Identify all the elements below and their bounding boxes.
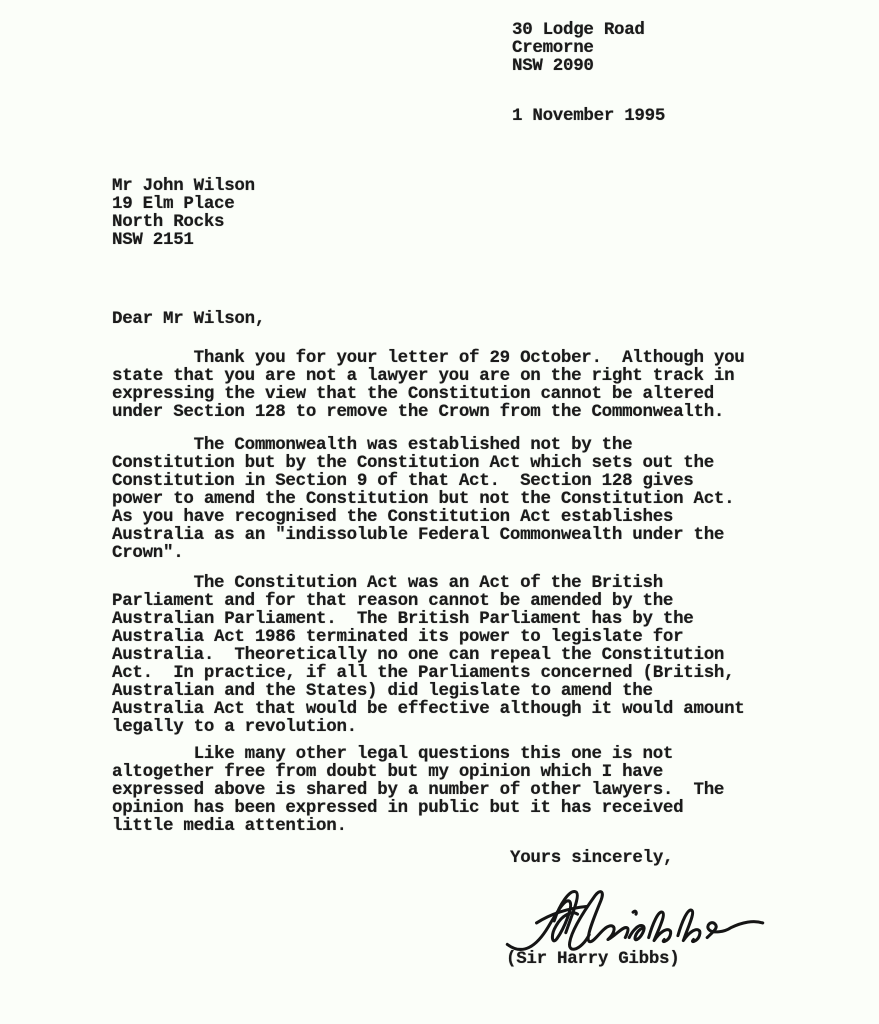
paragraph-1: Thank you for your letter of 29 October.… bbox=[112, 349, 745, 421]
paragraph-3: The Constitution Act was an Act of the B… bbox=[112, 574, 745, 736]
closing-valediction: Yours sincerely, bbox=[510, 849, 673, 867]
scanned-letter-page: 30 Lodge Road Cremorne NSW 2090 1 Novemb… bbox=[0, 0, 879, 1024]
signature-name: (Sir Harry Gibbs) bbox=[506, 950, 679, 968]
recipient-address: Mr John Wilson 19 Elm Place North Rocks … bbox=[112, 177, 255, 249]
paragraph-2: The Commonwealth was established not by … bbox=[112, 436, 734, 562]
sender-address: 30 Lodge Road Cremorne NSW 2090 bbox=[512, 21, 645, 75]
letter-date: 1 November 1995 bbox=[512, 107, 665, 125]
salutation: Dear Mr Wilson, bbox=[112, 310, 265, 328]
paragraph-4: Like many other legal questions this one… bbox=[112, 745, 724, 835]
